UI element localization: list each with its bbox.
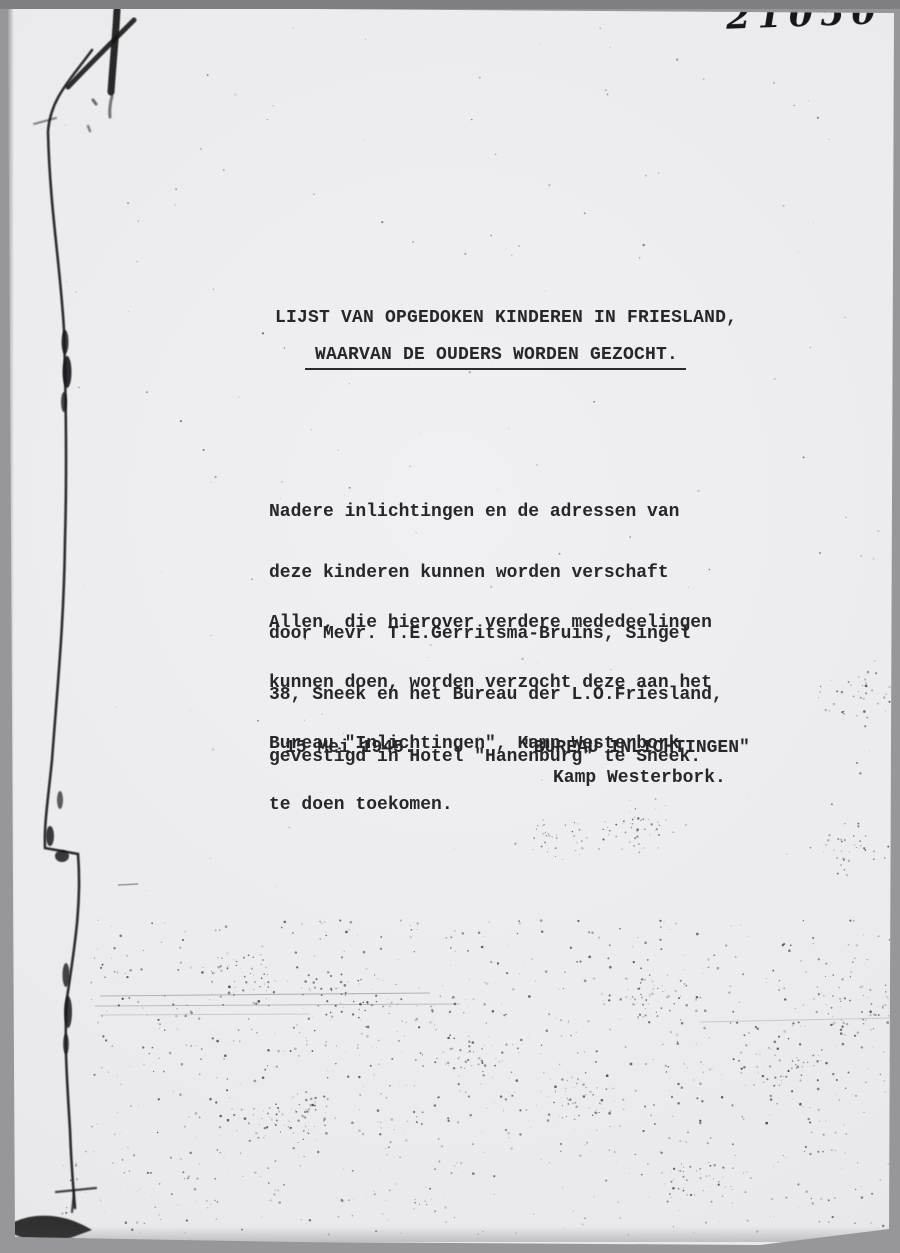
handwritten-mark <box>68 10 134 131</box>
date-text: 15 Mei 1945. <box>285 738 415 758</box>
paper-left-edge-shadow <box>8 7 14 1237</box>
crease-line <box>34 50 96 1212</box>
paragraph-line: Nadere inlichtingen en de adressen van <box>269 502 723 522</box>
photo-top-border <box>0 0 900 9</box>
paper: 21050 LIJST VAN OPGEDOKEN KINDEREN IN FR… <box>0 0 900 1253</box>
signature-organization: "BUREAU INLICHTINGEN" <box>523 738 750 758</box>
document-title-line-1: LIJST VAN OPGEDOKEN KINDEREN IN FRIESLAN… <box>275 308 737 328</box>
scanned-document-photo: { "colors": { "paper": "#ebebee", "ink":… <box>0 0 900 1253</box>
paragraph-line: te doen toekomen. <box>269 795 712 815</box>
paragraph-line: kunnen doen, worden verzocht deze aan he… <box>269 673 712 693</box>
crease-ink-blotches <box>46 330 72 1054</box>
paragraph-line: Allen, die hierover verdere mededeelinge… <box>269 613 712 633</box>
scan-streaks <box>95 884 893 1022</box>
document-title-line-2: WAARVAN DE OUDERS WORDEN GEZOCHT. <box>305 345 686 370</box>
paragraph-request: Allen, die hierover verdere mededeelinge… <box>269 572 712 856</box>
paper-bottom-edge-shadow <box>15 1226 889 1242</box>
signature-place: Kamp Westerbork. <box>553 768 726 788</box>
